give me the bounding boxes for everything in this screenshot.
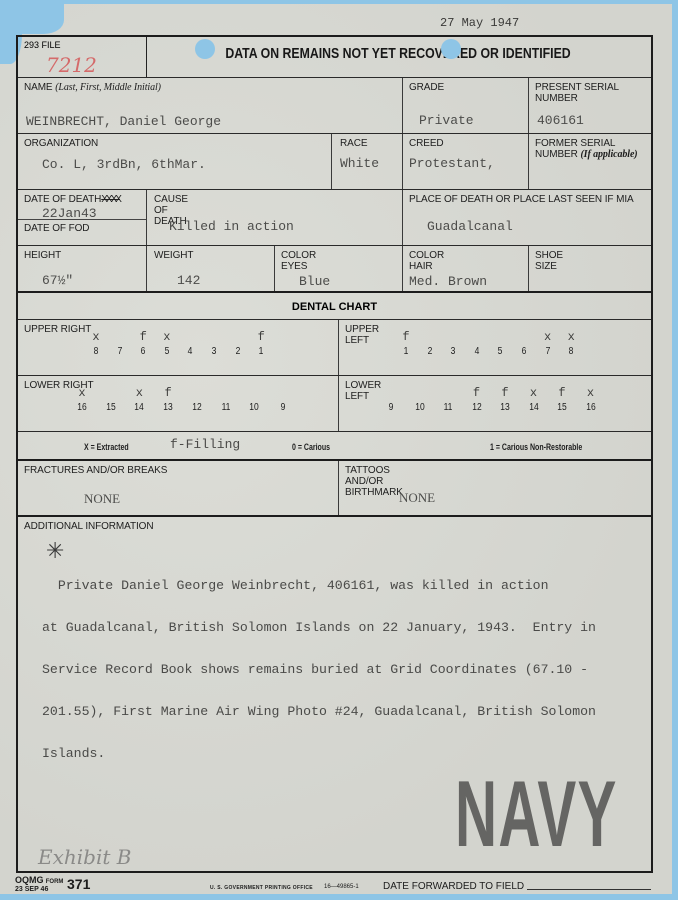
tooth-mark: f (135, 330, 151, 344)
color-hair-label: COLOR HAIR (409, 250, 444, 272)
tooth-number: 3 (446, 346, 460, 357)
present-serial-label: PRESENT SERIAL NUMBER (535, 82, 635, 104)
tooth-mark: x (563, 330, 579, 344)
height-value: 67½" (42, 273, 73, 288)
tooth-number: 5 (494, 346, 508, 357)
tooth-number: 15 (104, 402, 118, 413)
organization-label: ORGANIZATION (24, 138, 98, 149)
tooth-number: 12 (470, 402, 484, 413)
tooth-number: 5 (160, 346, 174, 357)
form-id: OQMG FORM 23 SEP 46 (15, 876, 63, 894)
form-date: 23 SEP 46 (15, 886, 63, 894)
printer-label: U. S. GOVERNMENT PRINTING OFFICE (210, 885, 313, 891)
tooth-number: 15 (555, 402, 569, 413)
dental-chart-title: DENTAL CHART (18, 301, 651, 313)
race-label: RACE (340, 138, 367, 149)
place-of-death-value: Guadalcanal (427, 219, 513, 234)
tooth-number: 9 (384, 402, 398, 413)
tattoos-label: TATTOOS AND/OR BIRTHMARK (345, 465, 403, 498)
row-physical: HEIGHT 67½" WEIGHT 142 COLOR EYES Blue C… (18, 245, 651, 292)
info-line: Private Daniel George Weinbrecht, 406161… (42, 579, 596, 593)
file-box: 293 FILE 7212 (18, 37, 147, 77)
tooth-number: 10 (413, 402, 427, 413)
handwritten-file-number: 7212 (46, 53, 97, 77)
tooth-number: 13 (498, 402, 512, 413)
punch-hole (441, 39, 461, 59)
tooth-mark: f (497, 386, 513, 400)
fractures-value: NONE (84, 491, 120, 507)
tooth-mark: f (554, 386, 570, 400)
tooth-number: 6 (517, 346, 531, 357)
legend-filling: f-Filling (170, 437, 240, 452)
row-death: DATE OF DEATHXXXX 22Jan43 DATE OF FOD CA… (18, 189, 651, 246)
tooth-number: 14 (527, 402, 541, 413)
lower-left-label: LOWER LEFT (345, 380, 381, 402)
navy-stamp: NAVY (455, 769, 618, 859)
tooth-mark: x (131, 386, 147, 400)
tooth-number: 8 (564, 346, 578, 357)
tooth-number: 2 (423, 346, 437, 357)
tooth-mark: f (253, 330, 269, 344)
grade-value: Private (419, 113, 474, 128)
info-line: Islands. (42, 747, 596, 761)
tooth-number: 9 (276, 402, 290, 413)
tooth-number: 13 (161, 402, 175, 413)
tooth-number: 4 (184, 346, 198, 357)
print-code: 16—49865-1 (324, 884, 359, 890)
dental-legend-row: X = Extracted f-Filling 0 = Carious 1 = … (18, 431, 651, 460)
tooth-number: 1 (254, 346, 268, 357)
form-number: 371 (67, 876, 90, 892)
tooth-mark: x (540, 330, 556, 344)
additional-info-text: Private Daniel George Weinbrecht, 406161… (42, 551, 596, 789)
race-value: White (340, 156, 379, 171)
tooth-number: 11 (441, 402, 455, 413)
former-serial-label: FORMER SERIAL NUMBER (If applicable) (535, 138, 653, 160)
creed-value: Protestant, (409, 156, 495, 171)
color-eyes-label: COLOR EYES (281, 250, 316, 272)
tooth-number: 14 (133, 402, 147, 413)
handwritten-note: Exhibit B (38, 845, 131, 869)
form-paper: 27 May 1947 293 FILE 7212 DATA ON REMAIN… (0, 4, 672, 894)
place-of-death-label: PLACE OF DEATH OR PLACE LAST SEEN IF MIA (409, 194, 634, 205)
additional-info-label: ADDITIONAL INFORMATION (24, 521, 153, 532)
row-organization: ORGANIZATION Co. L, 3rdBn, 6thMar. RACE … (18, 133, 651, 190)
tooth-number: 2 (231, 346, 245, 357)
tooth-mark: x (159, 330, 175, 344)
weight-value: 142 (177, 273, 200, 288)
dental-upper-row: UPPER RIGHT x87f6x5432f1 UPPER LEFT f123… (18, 319, 651, 376)
tooth-mark: x (74, 386, 90, 400)
tooth-mark: f (398, 330, 414, 344)
file-label: 293 FILE (24, 40, 61, 50)
dental-lower-row: LOWER RIGHT x1615x14f131211109 LOWER LEF… (18, 375, 651, 432)
color-eyes-value: Blue (299, 274, 330, 289)
date-of-death-label: DATE OF DEATHXXXX (24, 194, 120, 205)
fractures-label: FRACTURES AND/OR BREAKS (24, 465, 167, 476)
tooth-mark: f (160, 386, 176, 400)
organization-value: Co. L, 3rdBn, 6thMar. (42, 157, 206, 172)
tooth-number: 4 (470, 346, 484, 357)
info-line: at Guadalcanal, British Solomon Islands … (42, 621, 596, 635)
tooth-number: 7 (541, 346, 555, 357)
tooth-number: 3 (207, 346, 221, 357)
name-label: NAME (Last, First, Middle Initial) (24, 82, 161, 93)
legend-carious: 0 = Carious (292, 442, 330, 452)
tooth-mark: f (469, 386, 485, 400)
grade-label: GRADE (409, 82, 444, 93)
legend-non-restorable: 1 = Carious Non-Restorable (490, 442, 582, 452)
present-serial-value: 406161 (537, 113, 584, 128)
header-date: 27 May 1947 (440, 16, 519, 30)
remains-form: 293 FILE 7212 DATA ON REMAINS NOT YET RE… (16, 35, 653, 873)
info-line: Service Record Book shows remains buried… (42, 663, 596, 677)
date-of-fod-label: DATE OF FOD (24, 223, 89, 234)
dental-title-row: DENTAL CHART (18, 291, 651, 321)
legend-extracted: X = Extracted (84, 442, 129, 452)
weight-label: WEIGHT (154, 250, 193, 261)
name-value: WEINBRECHT, Daniel George (26, 114, 221, 129)
date-forwarded-label: DATE FORWARDED TO FIELD (383, 881, 524, 892)
punch-hole (195, 39, 215, 59)
upper-left-label: UPPER LEFT (345, 324, 379, 346)
form-org: OQMG (15, 875, 44, 885)
form-word: FORM (46, 879, 64, 885)
tooth-number: 16 (584, 402, 598, 413)
tattoos-value: NONE (399, 490, 435, 506)
tooth-mark: x (88, 330, 104, 344)
tooth-number: 11 (219, 402, 233, 413)
tooth-number: 1 (399, 346, 413, 357)
tooth-number: 16 (75, 402, 89, 413)
row-marks: FRACTURES AND/OR BREAKS NONE TATTOOS AND… (18, 459, 651, 517)
upper-right-label: UPPER RIGHT (24, 324, 91, 335)
row-name: NAME (Last, First, Middle Initial) WEINB… (18, 77, 651, 134)
form-title: DATA ON REMAINS NOT YET RECOVERED OR IDE… (193, 45, 603, 62)
tooth-number: 7 (113, 346, 127, 357)
tooth-number: 6 (136, 346, 150, 357)
info-line: 201.55), First Marine Air Wing Photo #24… (42, 705, 596, 719)
tooth-mark: x (526, 386, 542, 400)
tooth-number: 12 (190, 402, 204, 413)
creed-label: CREED (409, 138, 444, 149)
shoe-size-label: SHOE SIZE (535, 250, 563, 272)
tooth-mark: x (583, 386, 599, 400)
cause-of-death-value: Killed in action (169, 219, 294, 234)
height-label: HEIGHT (24, 250, 61, 261)
color-hair-value: Med. Brown (409, 274, 487, 289)
tooth-number: 8 (89, 346, 103, 357)
date-forwarded-line (527, 889, 651, 890)
tooth-number: 10 (247, 402, 261, 413)
